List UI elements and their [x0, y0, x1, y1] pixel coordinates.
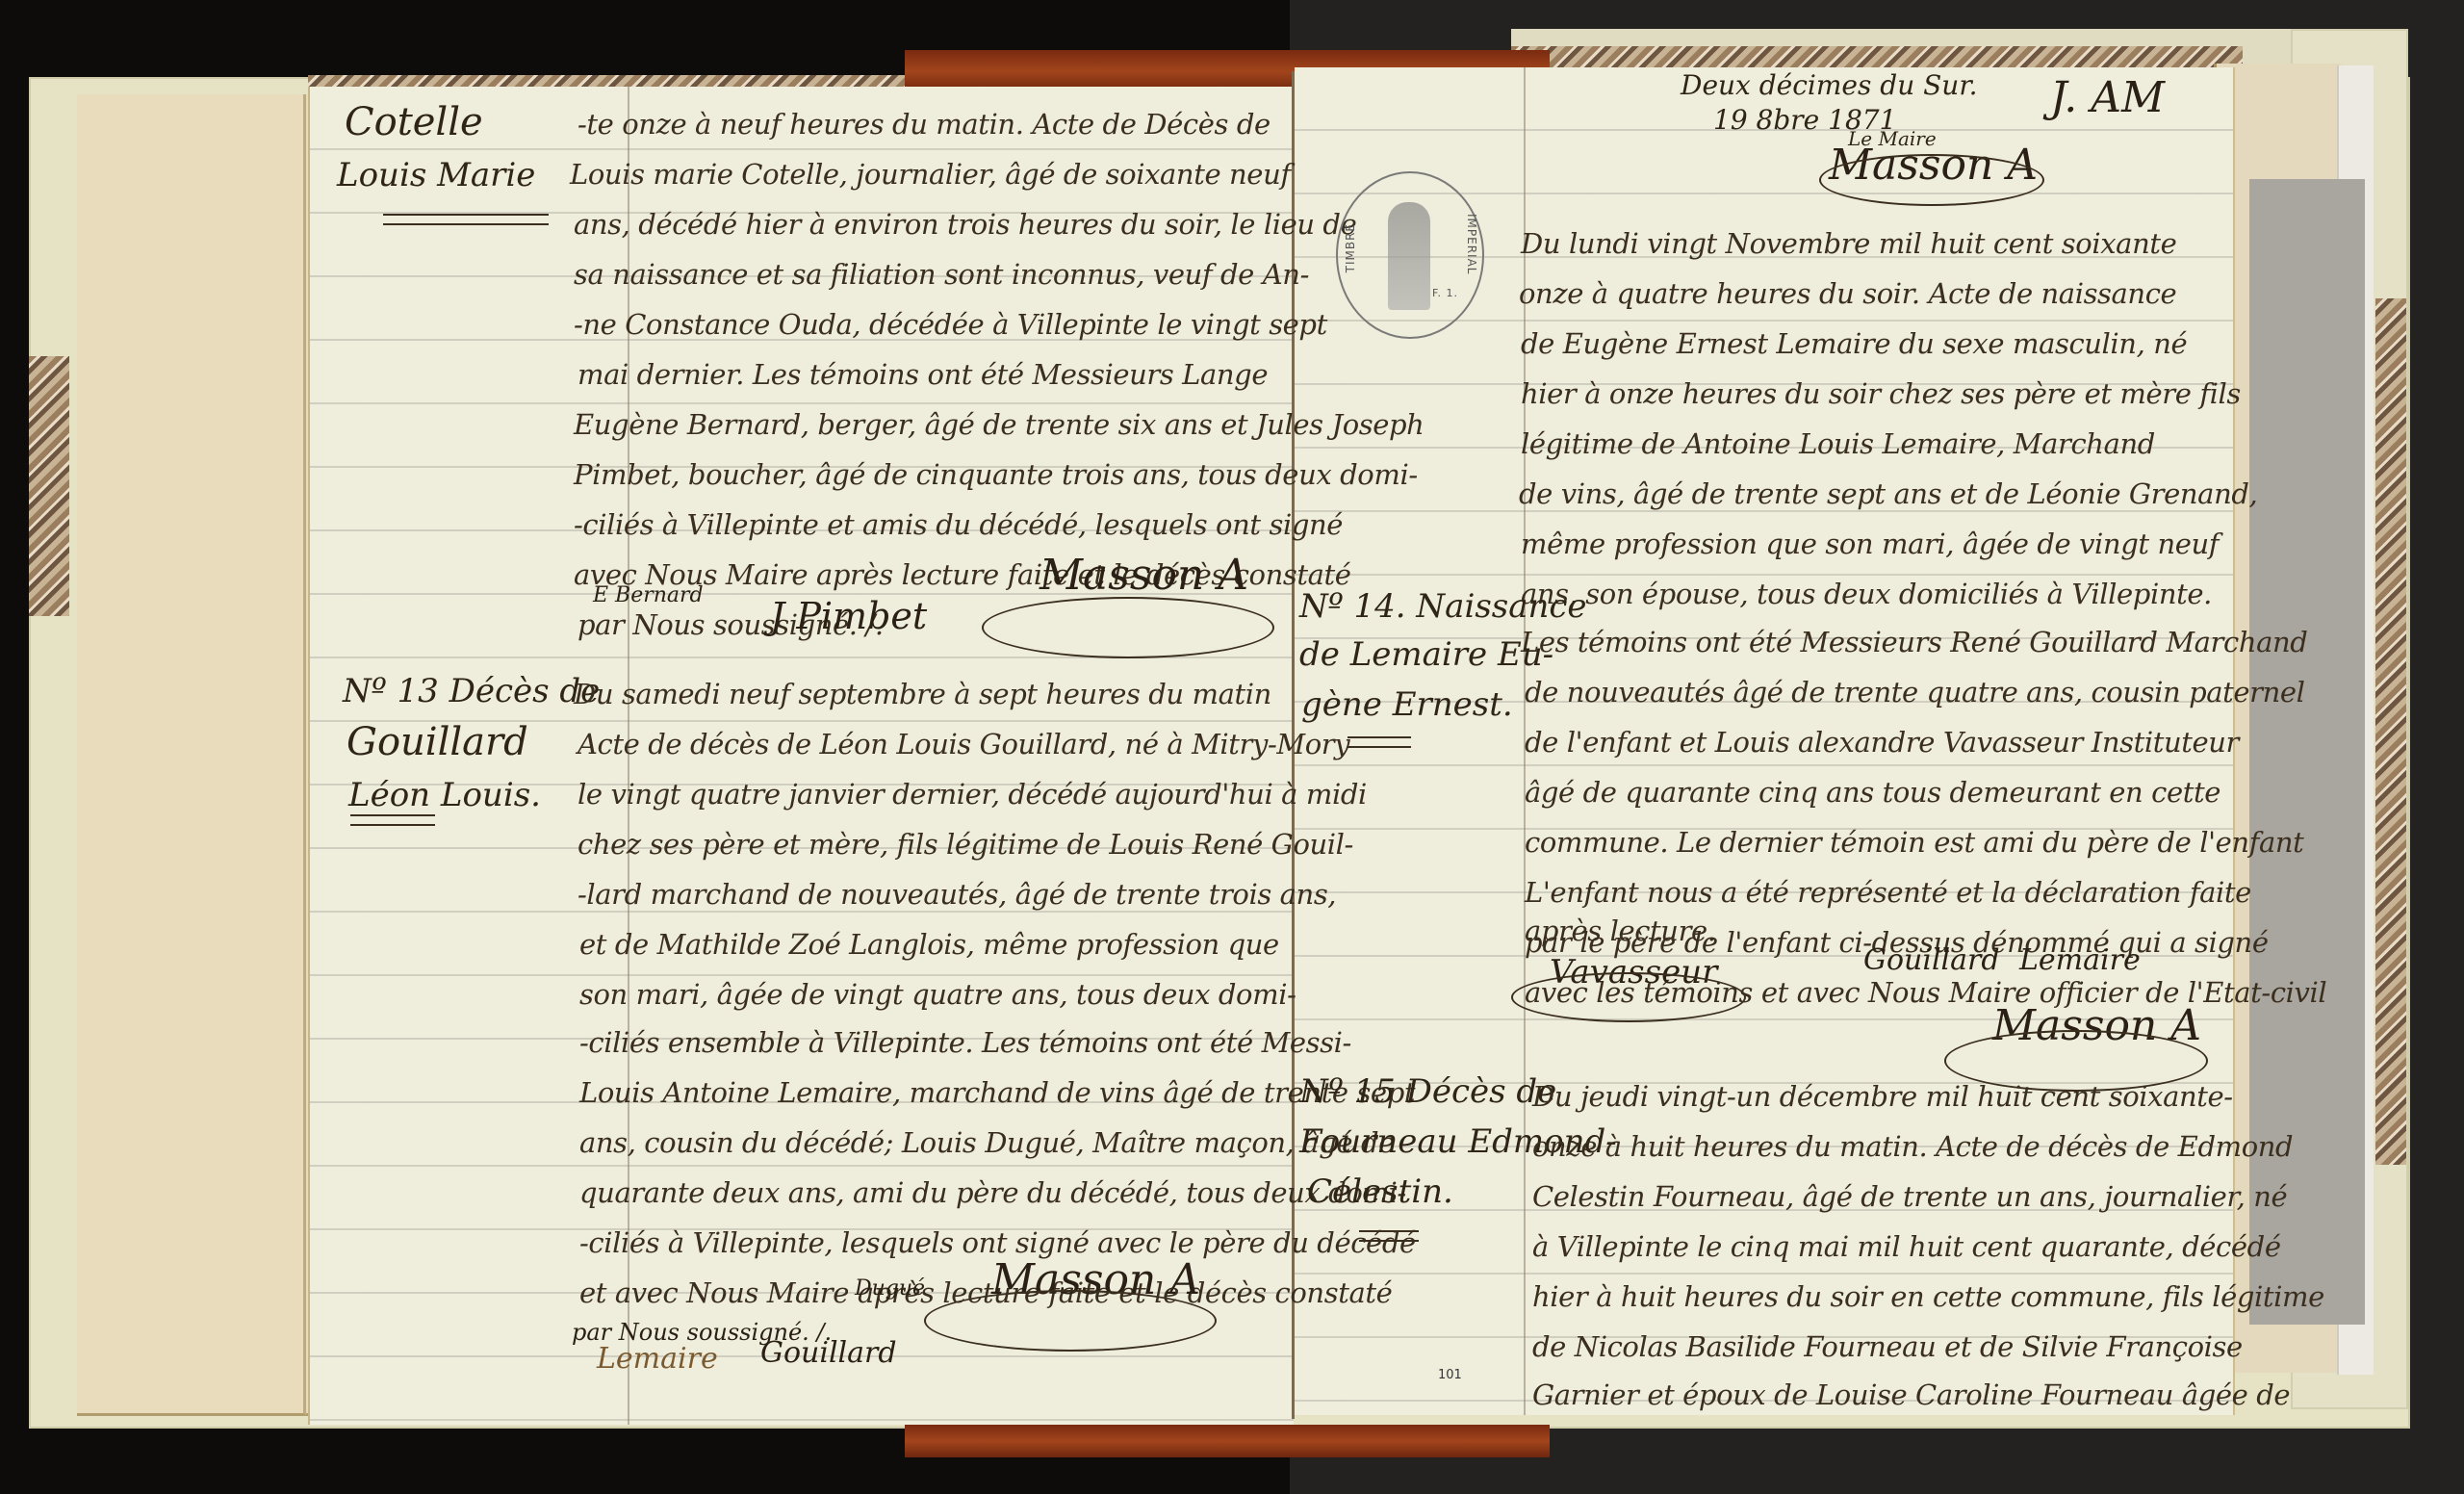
text-line: ans, son épouse, tous deux domiciliés à …	[1521, 578, 2212, 610]
margin-name: Célestin.	[1307, 1172, 1453, 1211]
marbled-edge-right	[2375, 298, 2406, 1165]
page-stack-left-inner3	[221, 94, 306, 1416]
text-line: Louis Antoine Lemaire, marchand de vins …	[579, 1076, 1415, 1109]
text-line: Les témoins ont été Messieurs René Gouil…	[1521, 626, 2307, 658]
justice-figure-icon	[1388, 202, 1430, 310]
signature: Lemaire	[2019, 943, 2141, 977]
text-line: de Eugène Ernest Lemaire du sexe masculi…	[1521, 327, 2187, 360]
text-line: Acte de décès de Léon Louis Gouillard, n…	[577, 728, 1349, 760]
text-line: légitime de Antoine Louis Lemaire, March…	[1521, 427, 2155, 460]
text-line: -ciliés à Villepinte, lesquels ont signé…	[579, 1226, 1416, 1259]
marbled-edge-left	[29, 356, 69, 616]
signature: Dugué	[855, 1276, 925, 1301]
separator-double-rule	[383, 214, 549, 225]
text-line: sa naissance et sa filiation sont inconn…	[574, 258, 1309, 291]
text-line: hier à onze heures du soir chez ses père…	[1521, 377, 2241, 410]
margin-name: Gouillard	[346, 720, 528, 764]
signature: J Pimbet	[770, 595, 927, 637]
signature-flourish	[924, 1290, 1217, 1352]
mayor-signature: Masson A	[1039, 551, 1248, 600]
text-line: Du samedi neuf septembre à sept heures d…	[574, 678, 1271, 710]
separator-double-rule	[350, 814, 435, 826]
signature-flourish	[1511, 972, 1746, 1022]
folio-number: 101	[1438, 1368, 1462, 1382]
stamp-letter: F. 1.	[1432, 287, 1458, 299]
text-line: de vins, âgé de trente sept ans et de Lé…	[1519, 477, 2257, 510]
margin-name: Cotelle	[345, 100, 483, 144]
text-line: son mari, âgée de vingt quatre ans, tous…	[579, 978, 1296, 1011]
text-line: Du jeudi vingt-un décembre mil huit cent…	[1532, 1080, 2233, 1113]
text-line: ans, décédé hier à environ trois heures …	[574, 208, 1356, 241]
entry-number-margin: Nº 15 Décès de	[1299, 1072, 1556, 1111]
entry-number-margin: Nº 14. Naissance	[1299, 587, 1587, 626]
text-line: de nouveautés âgé de trente quatre ans, …	[1525, 676, 2305, 708]
text-line: le vingt quatre janvier dernier, décédé …	[577, 778, 1367, 811]
text-line: âgé de quarante cinq ans tous demeurant …	[1525, 776, 2220, 809]
signature: Gouillard	[760, 1336, 897, 1370]
text-line: Louis marie Cotelle, journalier, âgé de …	[570, 158, 1291, 191]
entry-number-margin: Nº 13 Décès de	[343, 672, 600, 710]
text-line: onze à huit heures du matin. Acte de déc…	[1532, 1130, 2293, 1163]
text-line: -ciliés à Villepinte et amis du décédé, …	[574, 508, 1343, 541]
text-line: mai dernier. Les témoins ont été Messieu…	[577, 358, 1268, 391]
margin-name: Louis Marie	[337, 156, 535, 194]
text-line: hier à huit heures du soir en cette comm…	[1532, 1280, 2324, 1313]
stamp-text-left: TIMBRE	[1344, 223, 1357, 272]
text-line: de Nicolas Basilide Fourneau et de Silvi…	[1532, 1330, 2243, 1363]
text-line: onze à quatre heures du soir. Acte de na…	[1519, 277, 2176, 310]
signature: Lemaire	[597, 1342, 718, 1376]
signature: E Bernard	[593, 583, 704, 607]
initials: J. AM	[2050, 73, 2165, 122]
text-line: chez ses père et mère, fils légitime de …	[577, 828, 1353, 861]
text-line: -ciliés ensemble à Villepinte. Les témoi…	[579, 1026, 1351, 1059]
text-line: après lecture.	[1525, 914, 1716, 947]
text-line: L'enfant nous a été représenté et la déc…	[1525, 876, 2251, 909]
text-line: commune. Le dernier témoin est ami du pè…	[1525, 826, 2303, 859]
spine-bottom	[905, 1425, 1550, 1457]
text-line: quarante deux ans, ami du père du décédé…	[579, 1176, 1406, 1209]
text-line: Garnier et époux de Louise Caroline Four…	[1532, 1378, 2290, 1411]
text-line: à Villepinte le cinq mai mil huit cent q…	[1532, 1230, 2281, 1263]
text-line: Du lundi vingt Novembre mil huit cent so…	[1521, 227, 2176, 260]
text-line: Eugène Bernard, berger, âgé de trente si…	[574, 408, 1424, 441]
stamp-text-right: IMPERIAL	[1465, 214, 1478, 274]
fee-note: Deux décimes du Sur.	[1681, 69, 1978, 101]
imperial-stamp: TIMBRE IMPERIAL F. 1.	[1336, 171, 1484, 339]
text-line: -ne Constance Ouda, décédée à Villepinte…	[574, 308, 1327, 341]
separator-double-rule	[1347, 736, 1411, 748]
margin-name: de Lemaire Eu-	[1299, 635, 1553, 674]
signature-flourish	[1819, 154, 2044, 206]
text-line: et de Mathilde Zoé Langlois, même profes…	[579, 928, 1279, 961]
separator-double-rule	[1359, 1230, 1419, 1242]
text-line: ans, cousin du décédé; Louis Dugué, Maît…	[579, 1126, 1395, 1159]
text-line: Celestin Fourneau, âgé de trente un ans,…	[1532, 1180, 2287, 1213]
signature-flourish	[982, 597, 1274, 658]
text-line: Pimbet, boucher, âgé de cinquante trois …	[574, 458, 1418, 491]
text-line: -lard marchand de nouveautés, âgé de tre…	[577, 878, 1336, 911]
signature: Gouillard	[1863, 943, 2000, 977]
margin-name: gène Ernest.	[1301, 685, 1513, 724]
text-line: -te onze à neuf heures du matin. Acte de…	[577, 108, 1270, 141]
text-line: même profession que son mari, âgée de vi…	[1521, 528, 2219, 560]
margin-name: Léon Louis.	[348, 776, 541, 814]
text-line: de l'enfant et Louis alexandre Vavasseur…	[1525, 726, 2239, 759]
